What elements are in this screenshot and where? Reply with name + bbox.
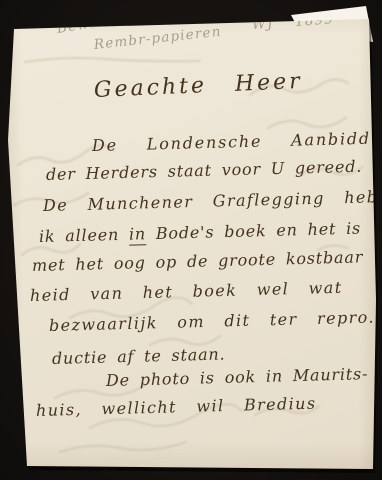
scan-background: Bewaar bij Rembr-papieren WJ 1899 Geacht… — [0, 0, 382, 480]
line4-underlined-word: in — [129, 224, 147, 245]
line4-text-before: ik alleen — [39, 225, 129, 246]
letter-sheet: Bewaar bij Rembr-papieren WJ 1899 Geacht… — [0, 0, 382, 480]
